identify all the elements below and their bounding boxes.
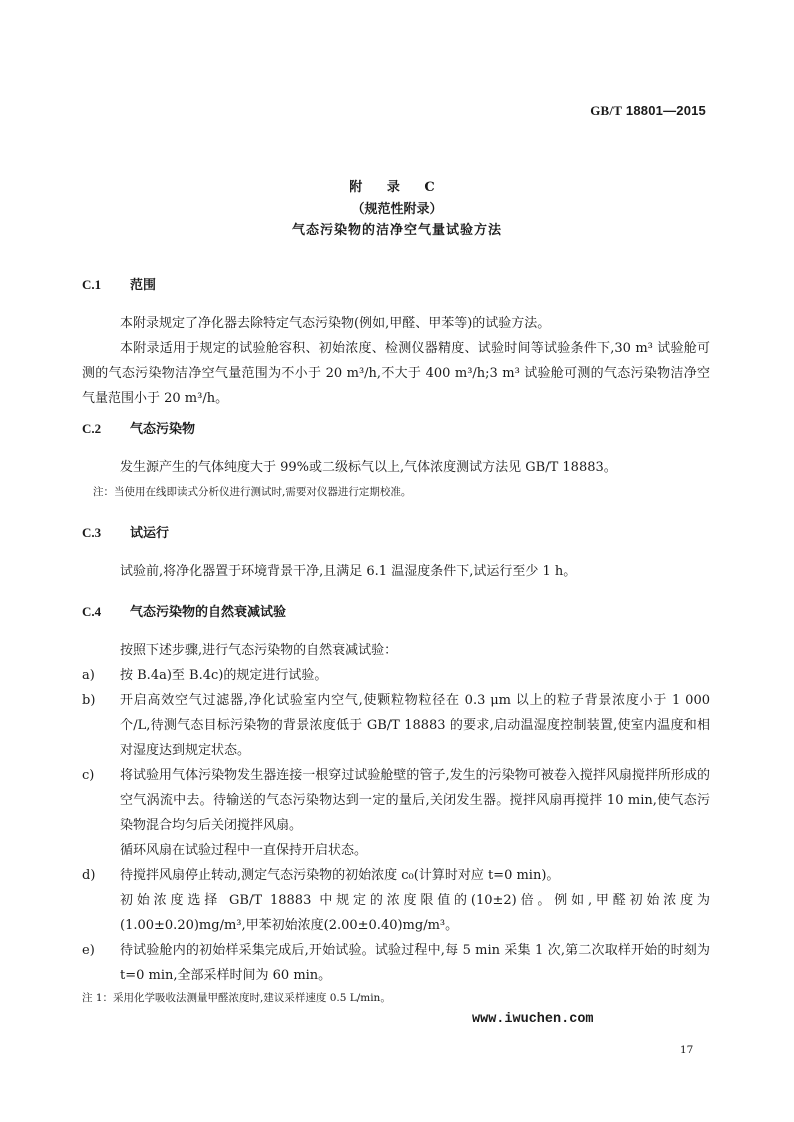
- section-number: C.3: [82, 525, 130, 541]
- list-text: 初始浓度选择 GB/T 18883 中规定的浓度限值的(10±2)倍。例如,甲醛…: [120, 888, 710, 938]
- list-text: 将试验用气体污染物发生器连接一根穿过试验舱壁的管子,发生的污染物可被卷入搅拌风扇…: [120, 763, 710, 838]
- section-heading-c1: C.1范围: [82, 274, 156, 293]
- section-heading-c3: C.3试运行: [82, 522, 169, 541]
- section-title: 试运行: [130, 526, 169, 541]
- paragraph: 本附录适用于规定的试验舱容积、初始浓度、检测仪器精度、试验时间等试验条件下,30…: [82, 336, 710, 411]
- list-text: 按 B.4a)至 B.4c)的规定进行试验。: [120, 663, 710, 688]
- appendix-title: 附 录 C: [0, 176, 794, 195]
- section-heading-c2: C.2气态污染物: [82, 418, 195, 437]
- list-item-e: e) 待试验舱内的初始样采集完成后,开始试验。试验过程中,每 5 min 采集 …: [82, 938, 710, 988]
- list-label: b): [82, 688, 112, 713]
- section-title: 气态污染物: [130, 422, 195, 437]
- list-label: e): [82, 938, 112, 963]
- list-text: 待试验舱内的初始样采集完成后,开始试验。试验过程中,每 5 min 采集 1 次…: [120, 938, 710, 988]
- paragraph: 本附录规定了净化器去除特定气态污染物(例如,甲醛、甲苯等)的试验方法。: [82, 311, 710, 336]
- list-text: 开启高效空气过滤器,净化试验室内空气,使颗粒物粒径在 0.3 μm 以上的粒子背…: [120, 688, 710, 763]
- standard-number: 18801—2015: [626, 103, 706, 118]
- paragraph: 试验前,将净化器置于环境背景干净,且满足 6.1 温湿度条件下,试运行至少 1 …: [82, 559, 710, 584]
- watermark-url: www.iwuchen.com: [472, 1012, 594, 1027]
- section-number: C.2: [82, 421, 130, 437]
- appendix-name: 气态污染物的洁净空气量试验方法: [0, 219, 794, 238]
- note: 注：当使用在线即读式分析仪进行测试时,需要对仪器进行定期校准。: [93, 484, 411, 499]
- list-label: d): [82, 863, 112, 888]
- standard-prefix: GB/T: [590, 103, 622, 118]
- paragraph-intro: 按照下述步骤,进行气态污染物的自然衰减试验：: [82, 638, 710, 663]
- list-item-c: c) 将试验用气体污染物发生器连接一根穿过试验舱壁的管子,发生的污染物可被卷入搅…: [82, 763, 710, 863]
- appendix-subtitle: （规范性附录）: [0, 198, 794, 217]
- note-1: 注 1：采用化学吸收法测量甲醛浓度时,建议采样速度 0.5 L/min。: [82, 990, 391, 1005]
- list-label: a): [82, 663, 112, 688]
- list-item-d: d) 待搅拌风扇停止转动,测定气态污染物的初始浓度 c₀(计算时对应 t=0 m…: [82, 863, 710, 938]
- paragraph: 发生源产生的气体纯度大于 99%或二级标气以上,气体浓度测试方法见 GB/T 1…: [82, 455, 710, 480]
- section-number: C.4: [82, 604, 130, 620]
- section-title: 气态污染物的自然衰减试验: [130, 605, 286, 620]
- list-item-a: a) 按 B.4a)至 B.4c)的规定进行试验。: [82, 663, 710, 688]
- section-title: 范围: [130, 278, 156, 293]
- list-text: 待搅拌风扇停止转动,测定气态污染物的初始浓度 c₀(计算时对应 t=0 min)…: [120, 863, 710, 888]
- section-number: C.1: [82, 277, 130, 293]
- page-number: 17: [680, 1044, 693, 1056]
- section-heading-c4: C.4气态污染物的自然衰减试验: [82, 601, 286, 620]
- standard-code: GB/T 18801—2015: [590, 103, 706, 119]
- list-label: c): [82, 763, 112, 788]
- list-text: 循环风扇在试验过程中一直保持开启状态。: [120, 838, 710, 863]
- list-item-b: b) 开启高效空气过滤器,净化试验室内空气,使颗粒物粒径在 0.3 μm 以上的…: [82, 688, 710, 763]
